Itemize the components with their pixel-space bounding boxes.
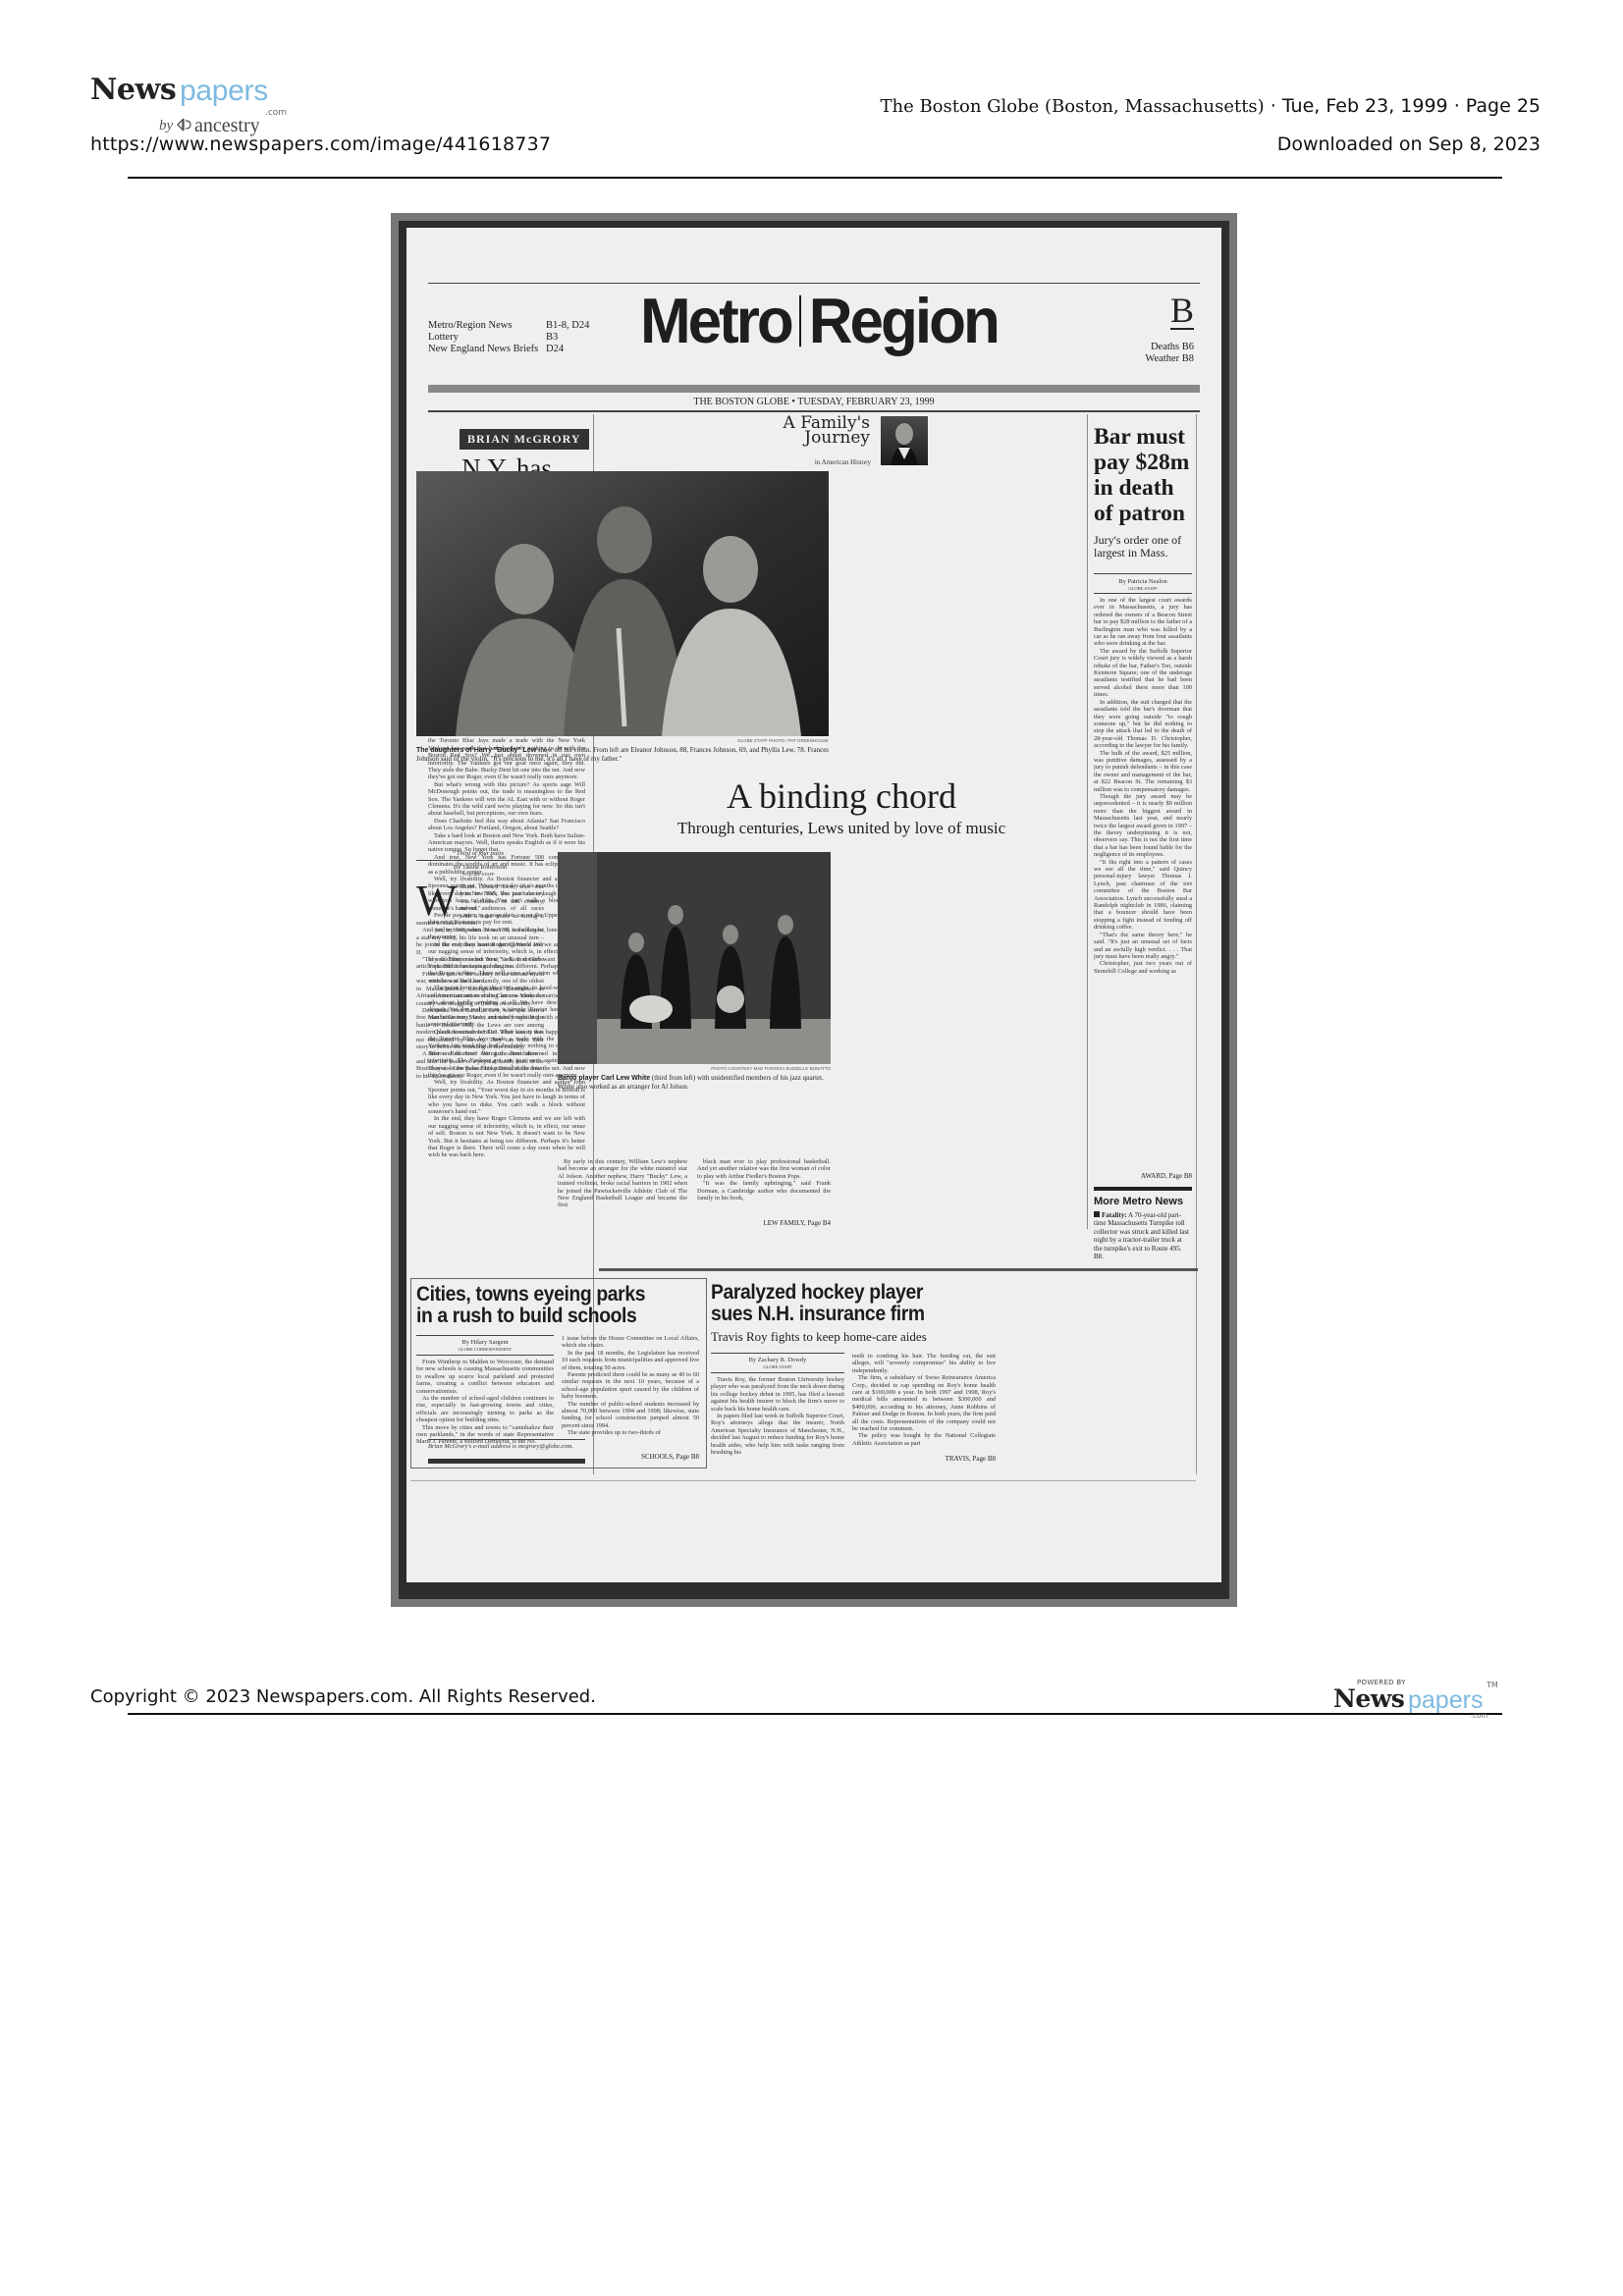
headline-line: in a rush to build schools [416, 1306, 645, 1327]
powered-by-newspapers-logo[interactable]: POWERED BY News papers TM .com [1333, 1679, 1500, 1722]
paragraph: In papers filed last week in Suffolk Sup… [711, 1413, 844, 1456]
story-headline: Cities, towns eyeing parks in a rush to … [416, 1284, 645, 1327]
story-headline: Bar must pay $28m in death of patron [1094, 424, 1192, 526]
byline-rule [416, 1335, 554, 1336]
byline: By Tatsha Robertson [416, 864, 544, 871]
byline-rule [1094, 593, 1192, 594]
jump-line[interactable]: TRAVIS, Page B8 [852, 1455, 996, 1463]
story-body-continued: black man ever to play professional bask… [697, 1158, 831, 1217]
masthead-right-index: Deaths B6 Weather B8 [1145, 342, 1194, 365]
source-paper: The Boston Globe (Boston, Massachusetts) [880, 96, 1264, 117]
column-rule [1087, 414, 1088, 1229]
index-label: New England News Briefs [428, 344, 546, 355]
byline: By Patricia Nealon [1094, 578, 1192, 585]
logo-news-text: News [90, 73, 176, 107]
source-citation: The Boston Globe (Boston, Massachusetts)… [880, 95, 1541, 117]
jump-line[interactable]: SCHOOLS, Page B8 [562, 1453, 699, 1461]
index-entry: Deaths B6 [1145, 342, 1194, 353]
more-metro-news-title: More Metro News [1094, 1196, 1183, 1207]
brief-label: Fatality: [1102, 1211, 1127, 1219]
separator: · [1448, 95, 1466, 117]
paragraph: From Winthrop to Malden to Worcester, th… [416, 1359, 554, 1395]
copyright-notice: Copyright © 2023 Newspapers.com. All Rig… [90, 1686, 596, 1707]
story-headline: A binding chord [599, 775, 1084, 817]
paragraph: Christopher, just two years out of Stone… [1094, 960, 1192, 975]
paragraph: Descended from Barzillai Lew, who was bo… [416, 1007, 544, 1050]
story-deck: Travis Roy fights to keep home-care aide… [711, 1329, 927, 1345]
bottom-section-rule [599, 1268, 1198, 1271]
byline-role: GLOBE CORRESPONDENT [416, 1347, 554, 1352]
jump-line[interactable]: LEW FAMILY, Page B4 [697, 1219, 831, 1227]
paragraph: By early in this century, William Lew's … [558, 1158, 687, 1209]
story-body: From Winthrop to Malden to Worcester, th… [416, 1359, 554, 1461]
paragraph: From the turn of the century to the seco… [416, 971, 544, 1007]
source-page: Page 25 [1466, 95, 1541, 117]
index-page: B3 [546, 332, 558, 344]
paragraph: "They said they needed 'men'," a Boston … [416, 956, 544, 971]
headline-line: Cities, towns eyeing parks [416, 1284, 645, 1306]
footer-divider [128, 1713, 1502, 1715]
paragraph: A fifer and drummer during the Revolutio… [416, 1050, 544, 1080]
paragraph: "It was the family upbringing," said Fra… [697, 1180, 831, 1201]
index-row: New England News BriefsD24 [428, 344, 589, 355]
section-bar [1094, 1187, 1192, 1191]
drop-cap: W [416, 883, 458, 919]
story-body: teeth to combing his hair. The funding c… [852, 1353, 996, 1455]
photo-caption: Banjo player Carl Lew White (third from … [558, 1074, 835, 1092]
section-letter: B [1170, 293, 1194, 330]
caption-lead: The daughters of Harry "Bucky" Lew [416, 747, 536, 754]
byline-rule [711, 1353, 844, 1354]
trademark-text: TM [1487, 1681, 1498, 1689]
byline-role: GLOBE STAFF [416, 872, 544, 877]
paragraph: And yet, in 1943, when he was 78, too ol… [416, 927, 544, 956]
newspaper-page-image[interactable]: Metro/Region NewsB1-8, D24 LotteryB3 New… [406, 228, 1221, 1582]
paragraph: 1 issue before the House Committee on Lo… [562, 1335, 699, 1350]
paragraph: In the past 18 months, the Legislature h… [562, 1350, 699, 1371]
paragraph: The state provides up to two-thirds of [562, 1429, 699, 1436]
news-brief: Fatality: A 70-year-old part-time Massac… [1094, 1211, 1192, 1260]
headline-line: Paralyzed hockey player [711, 1282, 925, 1304]
index-row: Metro/Region NewsB1-8, D24 [428, 320, 589, 332]
paragraph: teeth to combing his hair. The funding c… [852, 1353, 996, 1374]
story-deck: Through centuries, Lews united by love o… [599, 819, 1084, 838]
story-headline: Paralyzed hockey player sues N.H. insura… [711, 1282, 925, 1325]
logo-com-text: .com [265, 108, 287, 118]
story-body: In one of the largest court awards ever … [1094, 597, 1192, 1170]
paragraph: Does Charlotte feel this way about Atlan… [428, 818, 585, 832]
series-part: Third of four parts [416, 850, 544, 857]
byline-rule [416, 860, 544, 861]
paragraph: In one of the largest court awards ever … [1094, 597, 1192, 648]
caption-lead: Banjo player Carl Lew White [558, 1075, 650, 1082]
paragraph: But what's wrong with this picture? As s… [428, 781, 585, 818]
paragraph: The award by the Suffolk Superior Court … [1094, 648, 1192, 699]
masthead-index: Metro/Region NewsB1-8, D24 LotteryB3 New… [428, 320, 589, 355]
index-page: B1-8, D24 [546, 320, 589, 332]
paragraph: "It fits right into a pattern of cases w… [1094, 859, 1192, 932]
newspapers-logo[interactable]: News papers .com by ancestry [90, 73, 326, 137]
logo-com-text: .com [1471, 1712, 1488, 1720]
paragraph: Travis Roy, the former Boston University… [711, 1376, 844, 1413]
index-page: D24 [546, 344, 564, 355]
paragraph: The firm, a subsidiary of Swiss Reinsura… [852, 1374, 996, 1432]
image-url-link[interactable]: https://www.newspapers.com/image/4416187… [90, 133, 551, 155]
paragraph: This move by cities and towns to "cannib… [416, 1424, 554, 1446]
index-entry: Weather B8 [1145, 353, 1194, 365]
index-label: Lottery [428, 332, 546, 344]
logo-by-text: by [159, 118, 173, 134]
page-bottom-rule [410, 1480, 1196, 1481]
column-kicker: BRIAN McGRORY [460, 429, 589, 450]
downloaded-date: Downloaded on Sep 8, 2023 [1277, 133, 1541, 155]
story-body-continued: By early in this century, William Lew's … [558, 1158, 687, 1233]
paragraph: Parente predicted there could be as many… [562, 1371, 699, 1401]
headline-line: sues N.H. insurance firm [711, 1304, 925, 1325]
paragraph: The policy was bought by the National Co… [852, 1432, 996, 1447]
paragraph: Though the jury award may be unprecedent… [1094, 793, 1192, 859]
byline: By Zachary R. Dowdy [711, 1357, 844, 1363]
byline-role: GLOBE STAFF [711, 1364, 844, 1369]
paragraph: black man ever to play professional bask… [697, 1158, 831, 1180]
photo-credit: PHOTO COURTESY MAE THERESA BUZZELLE BONA… [603, 1066, 831, 1071]
paragraph: The number of public-school students inc… [562, 1401, 699, 1430]
logo-papers-text: papers [180, 75, 268, 108]
paragraph: As the number of school-aged children co… [416, 1395, 554, 1424]
paragraph: "That's the same theory here," he said. … [1094, 932, 1192, 961]
logo-news-text: News [1333, 1684, 1404, 1713]
index-row: LotteryB3 [428, 332, 589, 344]
story-body: 1 issue before the House Committee on Lo… [562, 1335, 699, 1451]
paragraph: The bulk of the award, $25 million, was … [1094, 750, 1192, 793]
header-divider [128, 177, 1502, 179]
source-date: Tue, Feb 23, 1999 [1282, 95, 1448, 117]
column-rule [1196, 414, 1197, 1474]
brief-text: A 70-year-old part-time Massachusetts Tu… [1094, 1211, 1189, 1260]
byline-rule [416, 1355, 554, 1356]
byline-rule [1094, 573, 1192, 574]
bullet-square-icon [1094, 1211, 1100, 1217]
byline-role: GLOBE STAFF [1094, 586, 1192, 591]
byline: By Hilary Sargent [416, 1339, 554, 1346]
story-body: Travis Roy, the former Boston University… [711, 1376, 844, 1465]
jump-line[interactable]: AWARD, Page B8 [1094, 1172, 1192, 1180]
byline-rule [711, 1372, 844, 1373]
separator: · [1265, 95, 1282, 117]
index-label: Metro/Region News [428, 320, 546, 332]
photo-jazz-quartet[interactable] [558, 852, 831, 1064]
story-deck: Jury's order one of largest in Mass. [1094, 534, 1192, 560]
paragraph: In addition, the suit charged that the a… [1094, 699, 1192, 750]
logo-papers-text: papers [1408, 1686, 1483, 1715]
story-body: W illiam Edward Lew, who was born in 186… [416, 883, 544, 1247]
